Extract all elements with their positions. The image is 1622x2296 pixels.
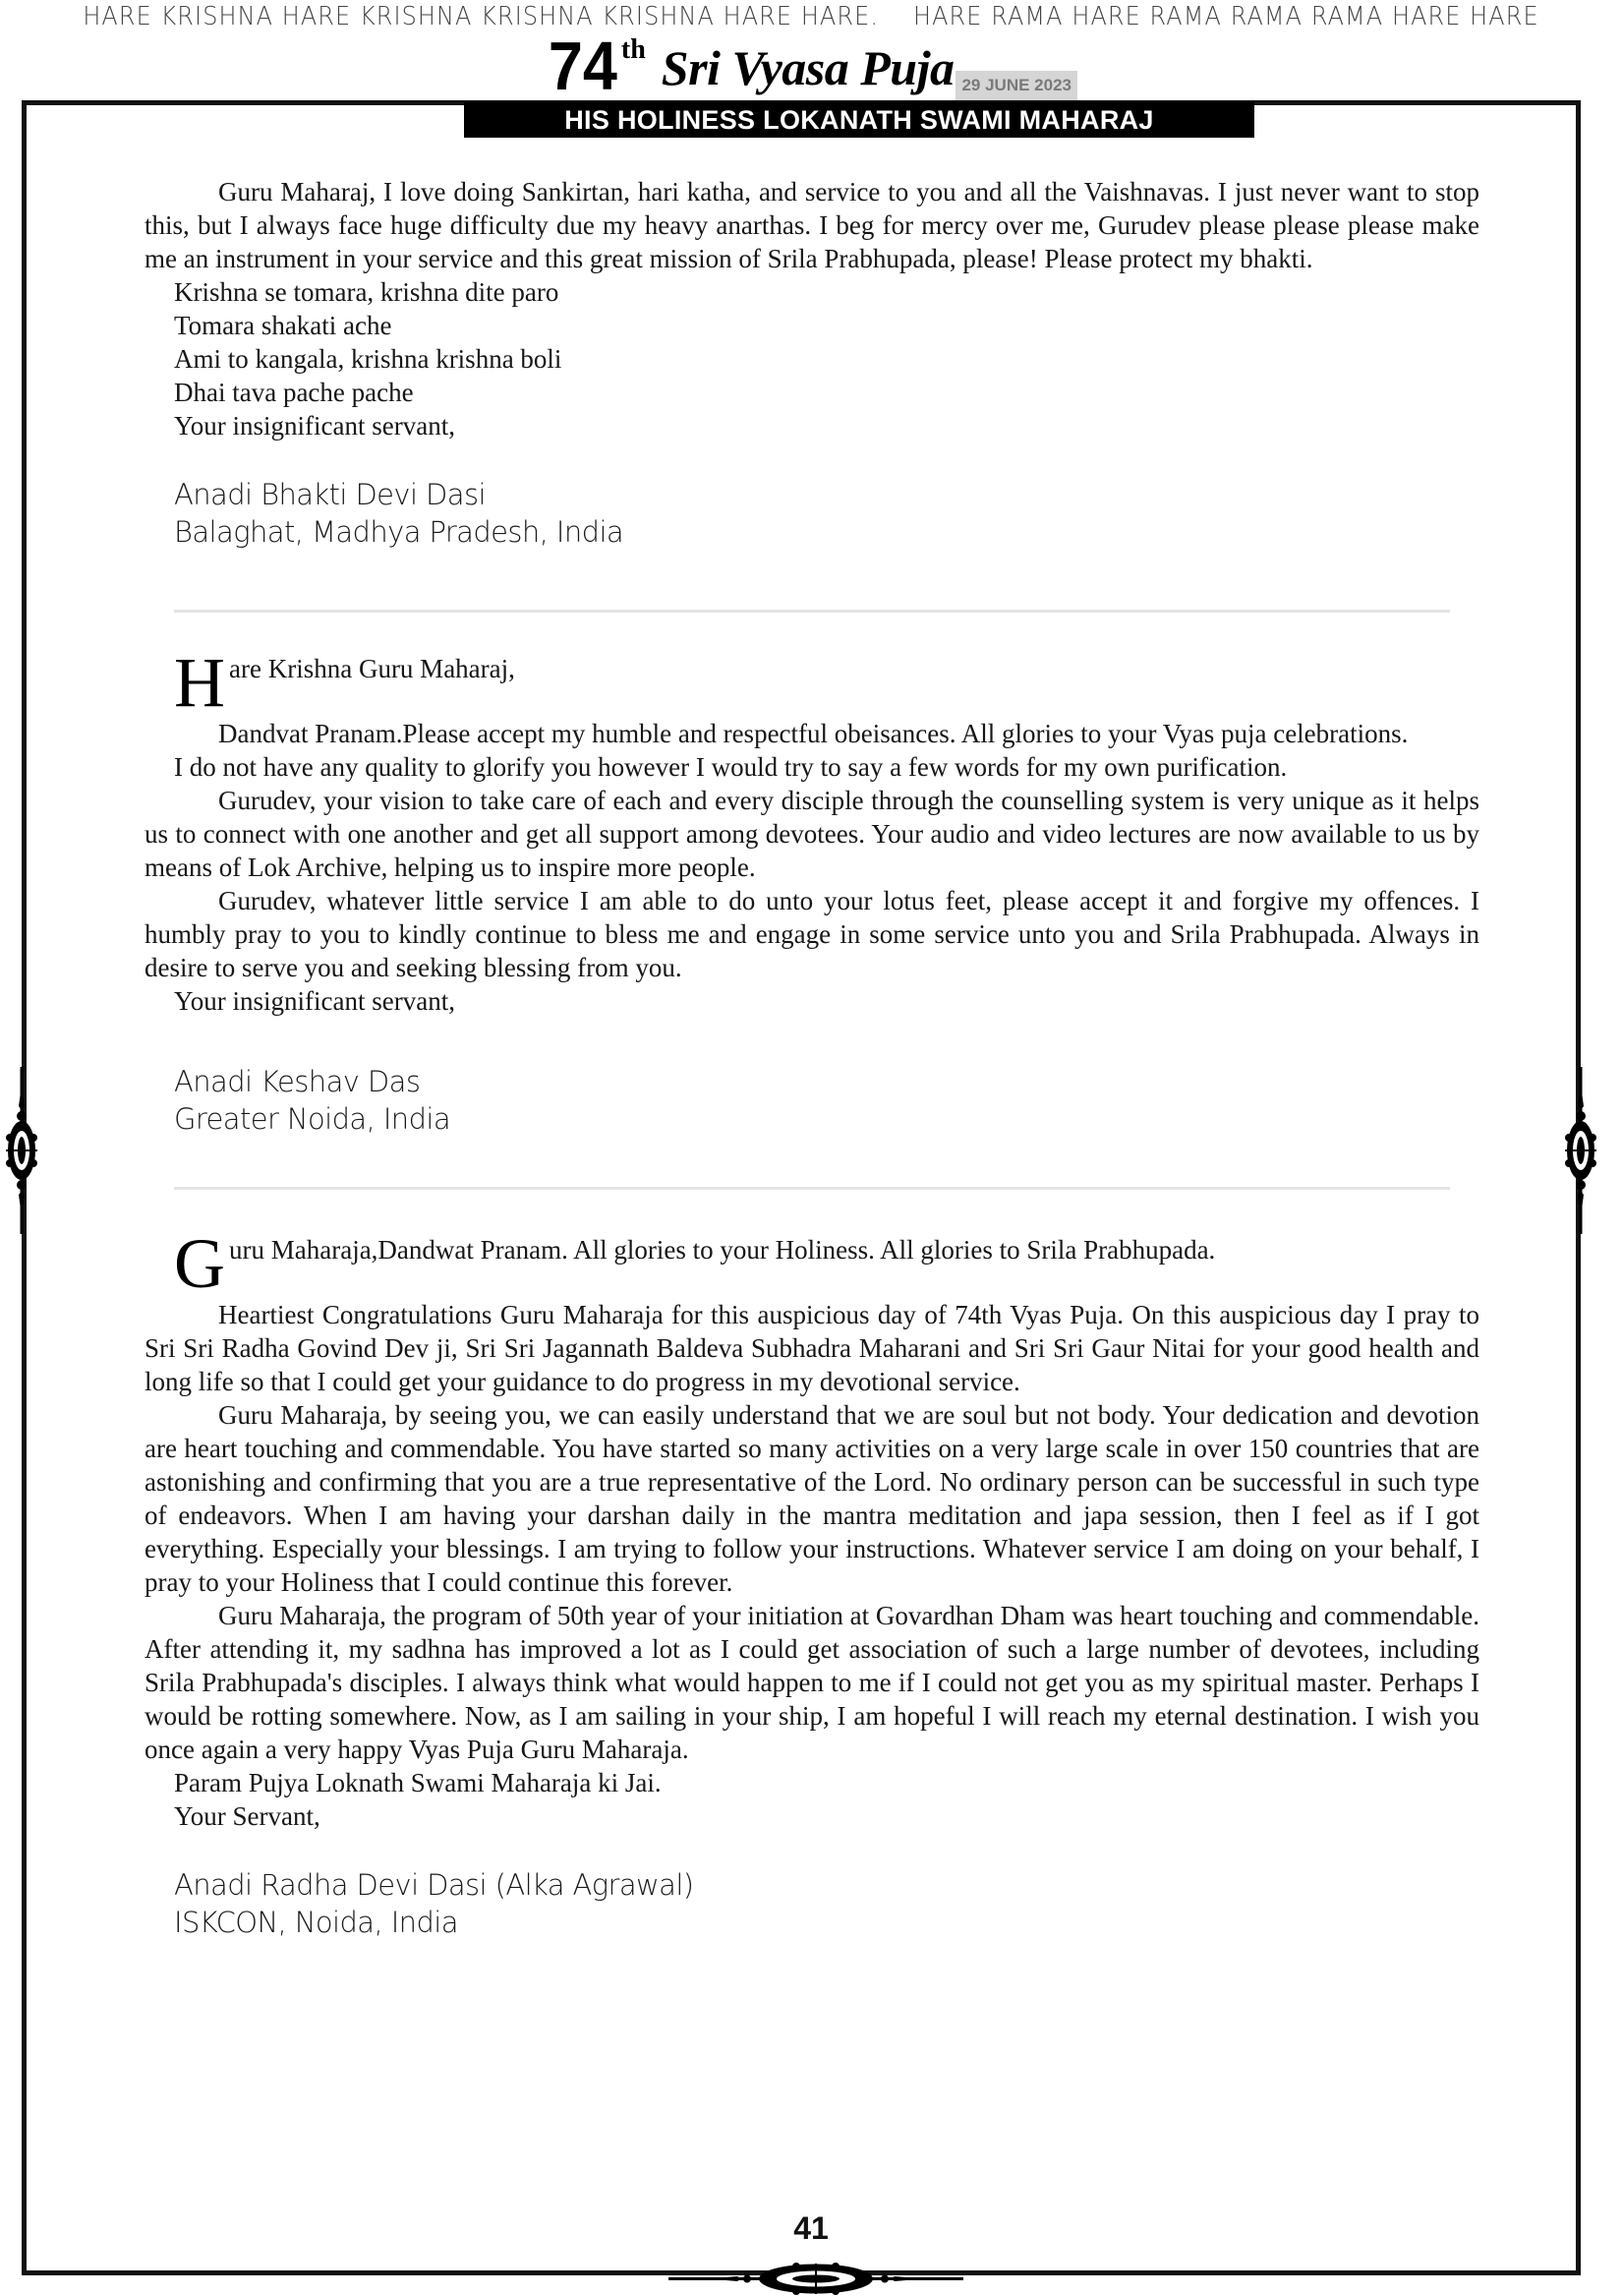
signature-place: Greater Noida, India xyxy=(145,1100,1479,1138)
bottom-ornament-icon xyxy=(668,2262,963,2296)
verse-line: Tomara shakati ache xyxy=(145,309,1479,342)
letter-paragraph: Heartiest Congratulations Guru Maharaja … xyxy=(145,1298,1479,1398)
letter-paragraph: Gurudev, your vision to take care of eac… xyxy=(145,784,1479,884)
letter-paragraph: Gurudev, whatever little service I am ab… xyxy=(145,884,1479,984)
acclamation: Param Pujya Loknath Swami Maharaja ki Ja… xyxy=(145,1766,1479,1799)
letter-paragraph: Guru Maharaja, the program of 50th year … xyxy=(145,1599,1479,1766)
title-superscript: th xyxy=(621,35,646,65)
signature-place: ISKCON, Noida, India xyxy=(145,1904,1479,1941)
letter-paragraph: I do not have any quality to glorify you… xyxy=(145,750,1479,784)
salutation: G uru Maharaja,Dandwat Pranam. All glori… xyxy=(145,1233,1479,1294)
verse-line: Ami to kangala, krishna krishna boli xyxy=(145,342,1479,376)
right-ornament-icon xyxy=(1561,1067,1600,1234)
letter-paragraph: Guru Maharaja, by seeing you, we can eas… xyxy=(145,1398,1479,1599)
subtitle-banner: HIS HOLINESS LOKANATH SWAMI MAHARAJ xyxy=(464,102,1254,138)
letter-2: H are Krishna Guru Maharaj, Dandvat Pran… xyxy=(145,652,1479,1190)
letter-closing: Your insignificant servant, xyxy=(145,409,1479,442)
letter-closing: Your Servant, xyxy=(145,1799,1479,1833)
drop-cap: G xyxy=(174,1233,225,1294)
mantra-header: HARE KRISHNA HARE KRISHNA KRISHNA KRISHN… xyxy=(65,0,1557,33)
signature-place: Balaghat, Madhya Pradesh, India xyxy=(145,513,1479,551)
signature-name: Anadi Keshav Das xyxy=(145,1063,1479,1100)
verse-line: Dhai tava pache pache xyxy=(145,376,1479,409)
mantra-left: HARE KRISHNA HARE KRISHNA KRISHNA KRISHN… xyxy=(83,0,879,33)
mantra-right: HARE RAMA HARE RAMA RAMA RAMA HARE HARE xyxy=(913,0,1539,33)
salutation: H are Krishna Guru Maharaj, xyxy=(145,652,1479,713)
page-title: 74 th Sri Vyasa Puja xyxy=(545,35,954,100)
letters-content: Guru Maharaj, I love doing Sankirtan, ha… xyxy=(145,175,1479,1941)
letter-paragraph: Dandvat Pranam.Please accept my humble a… xyxy=(145,717,1479,750)
salutation-text: uru Maharaja,Dandwat Pranam. All glories… xyxy=(229,1233,1215,1266)
verse-line: Krishna se tomara, krishna dite paro xyxy=(145,275,1479,309)
date-badge: 29 JUNE 2023 xyxy=(956,71,1077,100)
signature-name: Anadi Radha Devi Dasi (Alka Agrawal) xyxy=(145,1866,1479,1904)
drop-cap: H xyxy=(174,652,225,713)
left-ornament-icon xyxy=(2,1067,41,1234)
title-bar: 74 th Sri Vyasa Puja 29 JUNE 2023 xyxy=(0,37,1622,100)
page-number: 41 xyxy=(0,2210,1622,2247)
letter-1: Guru Maharaj, I love doing Sankirtan, ha… xyxy=(145,175,1479,613)
title-text: Sri Vyasa Puja xyxy=(662,35,955,100)
title-number: 74 xyxy=(549,35,617,96)
letter-paragraph: Guru Maharaj, I love doing Sankirtan, ha… xyxy=(145,175,1479,275)
letter-3: G uru Maharaja,Dandwat Pranam. All glori… xyxy=(145,1233,1479,1941)
letter-closing: Your insignificant servant, xyxy=(145,984,1479,1018)
signature-name: Anadi Bhakti Devi Dasi xyxy=(145,476,1479,513)
salutation-text: are Krishna Guru Maharaj, xyxy=(229,652,515,685)
